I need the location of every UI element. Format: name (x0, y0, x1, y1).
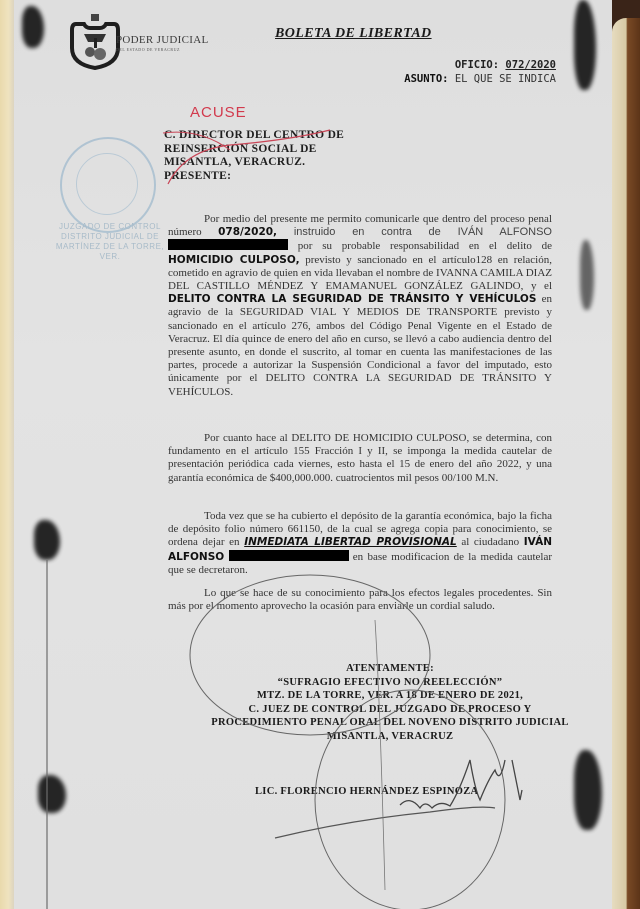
crime-transito: DELITO CONTRA LA SEGURIDAD DE TRÁNSITO Y… (168, 293, 536, 305)
addressee-line: C. DIRECTOR DEL CENTRO DE (164, 129, 344, 143)
paragraph-2: Por cuanto hace al DELITO DE HOMICIDIO C… (168, 432, 552, 485)
punch-hole-mark (574, 0, 596, 90)
addressee-block: C. DIRECTOR DEL CENTRO DE REINSERCIÓN SO… (164, 129, 344, 183)
background-edge-left (0, 0, 14, 909)
text-run: instruido en contra de IVÁN ALFONSO (277, 226, 552, 238)
seal-text: JUZGADO DE CONTROL DISTRITO JUDICIAL DE … (50, 222, 170, 262)
document-title: BOLETA DE LIBERTAD (275, 26, 432, 42)
closing-line: C. JUEZ DE CONTROL DEL JUZGADO DE PROCES… (200, 703, 580, 717)
closing-block: ATENTAMENTE: “SUFRAGIO EFECTIVO NO REELE… (200, 662, 580, 743)
closing-line: ATENTAMENTE: (200, 662, 580, 676)
closing-line: MISANTLA, VERACRUZ (200, 730, 580, 744)
asunto-label: ASUNTO: (404, 73, 448, 85)
handwritten-acuse: ACUSE (190, 104, 247, 121)
signer-name: LIC. FLORENCIO HERNÁNDEZ ESPINOZA (255, 786, 478, 797)
punch-hole-mark (580, 240, 594, 310)
paragraph-3: Toda vez que se ha cubierto el depósito … (168, 510, 552, 577)
text-run: al ciudadano (457, 536, 524, 548)
addressee-line: MISANTLA, VERACRUZ. (164, 156, 344, 170)
text-run: en agravio de la SEGURIDAD VIAL Y MEDIOS… (168, 293, 552, 397)
punch-hole-mark (38, 775, 66, 813)
release-order: INMEDIATA LIBERTAD PROVISIONAL (244, 536, 457, 548)
closing-line: PROCEDIMIENTO PENAL ORAL DEL NOVENO DIST… (200, 716, 580, 730)
addressee-line: PRESENTE: (164, 170, 344, 184)
paragraph-4: Lo que se hace de su conocimiento para l… (168, 587, 552, 613)
case-number: 078/2020, (218, 226, 277, 238)
punch-hole-mark (22, 6, 44, 48)
text-run: por su probable responsabilidad en el de… (288, 240, 552, 252)
paragraph-1: Por medio del presente me permito comuni… (168, 213, 552, 399)
org-subtitle: DEL ESTADO DE VERACRUZ (116, 47, 180, 52)
punch-hole-mark (574, 750, 602, 830)
text-run: Lo que se hace de su conocimiento para l… (168, 587, 552, 612)
crime-homicidio: HOMICIDIO CULPOSO, (168, 254, 300, 266)
court-seal-stamp (60, 137, 156, 233)
redaction-bar (229, 550, 349, 561)
closing-line: MTZ. DE LA TORRE, VER. A 18 DE ENERO DE … (200, 689, 580, 703)
folder-edge-right (612, 18, 640, 909)
punch-hole-mark (34, 520, 60, 560)
text-run: Por cuanto hace al DELITO DE HOMICIDIO C… (168, 432, 552, 484)
poder-judicial-logo-icon (70, 12, 120, 70)
org-name: PODER JUDICIAL (116, 34, 209, 46)
oficio-label: OFICIO: (455, 59, 499, 71)
seal-eagle-emblem (76, 153, 138, 215)
redaction-bar (168, 239, 288, 250)
oficio-number: 072/2020 (505, 59, 556, 71)
text-run: en base modificacion de la medida cautel… (168, 551, 552, 576)
asunto-line: ASUNTO: EL QUE SE INDICA (404, 73, 556, 85)
asunto-value: EL QUE SE INDICA (455, 73, 556, 85)
oficio-line: OFICIO: 072/2020 (455, 59, 556, 71)
addressee-line: REINSERCIÓN SOCIAL DE (164, 143, 344, 157)
fold-line (46, 560, 48, 909)
closing-line: “SUFRAGIO EFECTIVO NO REELECCIÓN” (200, 676, 580, 690)
